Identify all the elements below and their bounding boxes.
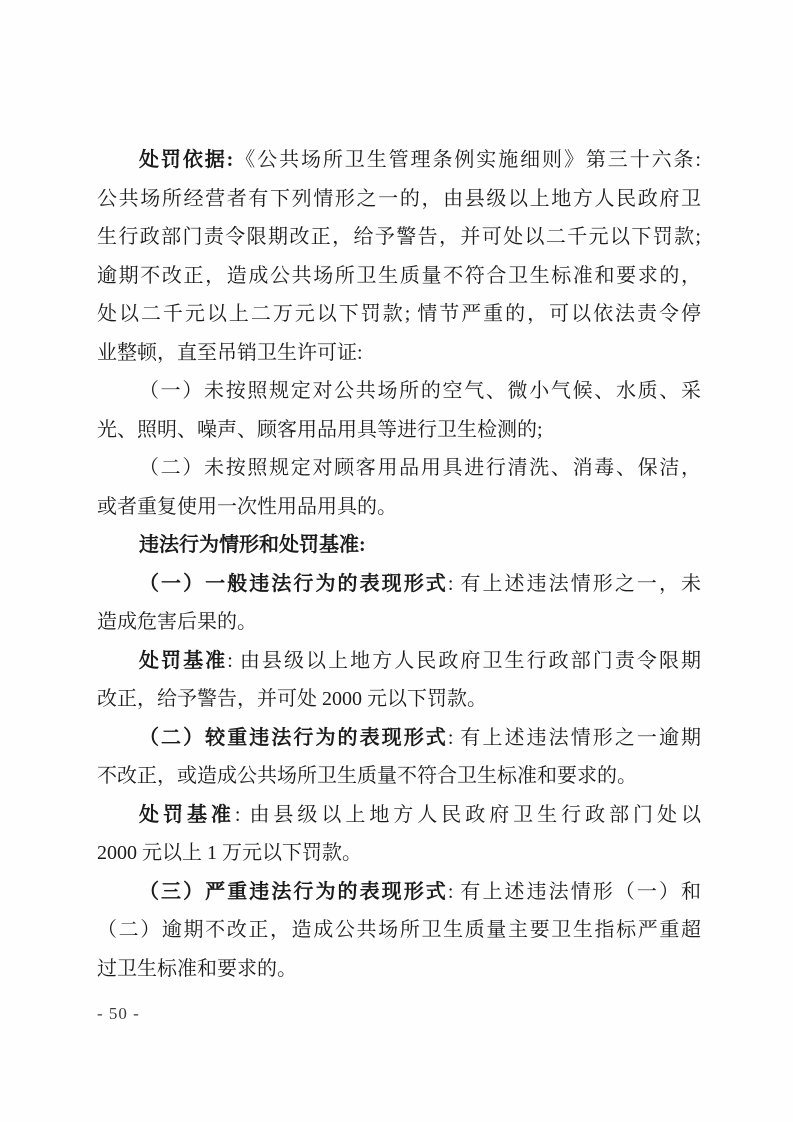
paragraph: （二）较重违法行为的表现形式: 有上述违法情形之一逾期不改正，或造成公共场所卫生… — [97, 719, 701, 796]
text-segment-bold: 处罚基准 — [139, 804, 235, 826]
text-segment: 处以二千元以上二万元以下罚款; 情节严重的，可以依法责令停 — [97, 303, 701, 325]
text-segment: 不改正，或造成公共场所卫生质量不符合卫生标准和要求的。 — [97, 765, 637, 787]
document-body: 处罚依据:《公共场所卫生管理条例实施细则》第三十六条:公共场所经营者有下列情形之… — [97, 141, 701, 988]
text-line: 过卫生标准和要求的。 — [97, 950, 701, 989]
text-segment: 或者重复使用一次性用品用具的。 — [97, 496, 397, 518]
text-line: 改正，给予警告，并可处 2000 元以下罚款。 — [97, 680, 701, 719]
text-segment: 业整顿，直至吊销卫生许可证: — [97, 342, 363, 364]
text-line: （一）一般违法行为的表现形式: 有上述违法情形之一，未 — [97, 565, 701, 604]
paragraph: 违法行为情形和处罚基准: — [97, 526, 701, 565]
text-segment: （一）未按照规定对公共场所的空气、微小气候、水质、采 — [139, 380, 701, 402]
text-line: 或者重复使用一次性用品用具的。 — [97, 488, 701, 527]
text-segment: 光、照明、噪声、顾客用品用具等进行卫生检测的; — [97, 419, 543, 441]
text-line: （二）未按照规定对顾客用品用具进行清洗、消毒、保洁， — [97, 449, 701, 488]
text-line: 光、照明、噪声、顾客用品用具等进行卫生检测的; — [97, 411, 701, 450]
text-line: 违法行为情形和处罚基准: — [97, 526, 701, 565]
paragraph: （一）一般违法行为的表现形式: 有上述违法情形之一，未造成危害后果的。 — [97, 565, 701, 642]
text-segment: : 由县级以上地方人民政府卫生行政部门责令限期 — [227, 650, 701, 672]
document-page: 处罚依据:《公共场所卫生管理条例实施细则》第三十六条:公共场所经营者有下列情形之… — [0, 0, 793, 1122]
paragraph: 处罚基准: 由县级以上地方人民政府卫生行政部门处以2000 元以上 1 万元以下… — [97, 796, 701, 873]
text-segment-bold: 处罚依据: — [139, 149, 233, 171]
paragraph: （一）未按照规定对公共场所的空气、微小气候、水质、采光、照明、噪声、顾客用品用具… — [97, 372, 701, 449]
paragraph: 处罚依据:《公共场所卫生管理条例实施细则》第三十六条:公共场所经营者有下列情形之… — [97, 141, 701, 372]
text-segment: （二）未按照规定对顾客用品用具进行清洗、消毒、保洁， — [139, 457, 701, 479]
text-segment: : 有上述违法情形之一逾期 — [448, 727, 701, 749]
text-segment-bold: （一）一般违法行为的表现形式 — [139, 573, 448, 595]
text-segment: 过卫生标准和要求的。 — [97, 958, 297, 980]
text-segment: 造成危害后果的。 — [97, 611, 257, 633]
text-segment-bold: （三）严重违法行为的表现形式 — [139, 881, 448, 903]
text-line: 处罚基准: 由县级以上地方人民政府卫生行政部门处以 — [97, 796, 701, 835]
text-segment-bold: 处罚基准 — [139, 650, 227, 672]
text-segment: 2000 元以上 1 万元以下罚款。 — [97, 842, 362, 864]
paragraph: 处罚基准: 由县级以上地方人民政府卫生行政部门责令限期改正，给予警告，并可处 2… — [97, 642, 701, 719]
page-number: - 50 - — [97, 1003, 140, 1025]
text-line: 不改正，或造成公共场所卫生质量不符合卫生标准和要求的。 — [97, 757, 701, 796]
text-segment: 生行政部门责令限期改正，给予警告，并可处以二千元以下罚款; — [97, 226, 701, 248]
text-segment: （二）逾期不改正，造成公共场所卫生质量主要卫生指标严重超 — [97, 919, 701, 941]
text-line: （一）未按照规定对公共场所的空气、微小气候、水质、采 — [97, 372, 701, 411]
text-line: 逾期不改正，造成公共场所卫生质量不符合卫生标准和要求的， — [97, 257, 701, 296]
text-segment: : 有上述违法情形（一）和 — [448, 881, 701, 903]
text-segment-bold: 违法行为情形和处罚基准: — [139, 534, 366, 556]
text-segment: 公共场所经营者有下列情形之一的，由县级以上地方人民政府卫 — [97, 188, 701, 210]
text-line: （二）逾期不改正，造成公共场所卫生质量主要卫生指标严重超 — [97, 911, 701, 950]
text-line: 处罚基准: 由县级以上地方人民政府卫生行政部门责令限期 — [97, 642, 701, 681]
text-line: 2000 元以上 1 万元以下罚款。 — [97, 834, 701, 873]
text-segment: : 有上述违法情形之一，未 — [448, 573, 701, 595]
text-segment: : 由县级以上地方人民政府卫生行政部门处以 — [235, 804, 701, 826]
text-segment: 《公共场所卫生管理条例实施细则》第三十六条: — [233, 149, 701, 171]
paragraph: （二）未按照规定对顾客用品用具进行清洗、消毒、保洁，或者重复使用一次性用品用具的… — [97, 449, 701, 526]
text-segment-bold: （二）较重违法行为的表现形式 — [139, 727, 448, 749]
text-line: （二）较重违法行为的表现形式: 有上述违法情形之一逾期 — [97, 719, 701, 758]
paragraph: （三）严重违法行为的表现形式: 有上述违法情形（一）和（二）逾期不改正，造成公共… — [97, 873, 701, 989]
text-line: 造成危害后果的。 — [97, 603, 701, 642]
text-line: 生行政部门责令限期改正，给予警告，并可处以二千元以下罚款; — [97, 218, 701, 257]
text-line: 业整顿，直至吊销卫生许可证: — [97, 334, 701, 373]
text-segment: 逾期不改正，造成公共场所卫生质量不符合卫生标准和要求的， — [97, 265, 701, 287]
text-segment: 改正，给予警告，并可处 2000 元以下罚款。 — [97, 688, 487, 710]
text-line: （三）严重违法行为的表现形式: 有上述违法情形（一）和 — [97, 873, 701, 912]
text-line: 处罚依据:《公共场所卫生管理条例实施细则》第三十六条: — [97, 141, 701, 180]
text-line: 公共场所经营者有下列情形之一的，由县级以上地方人民政府卫 — [97, 180, 701, 219]
text-line: 处以二千元以上二万元以下罚款; 情节严重的，可以依法责令停 — [97, 295, 701, 334]
